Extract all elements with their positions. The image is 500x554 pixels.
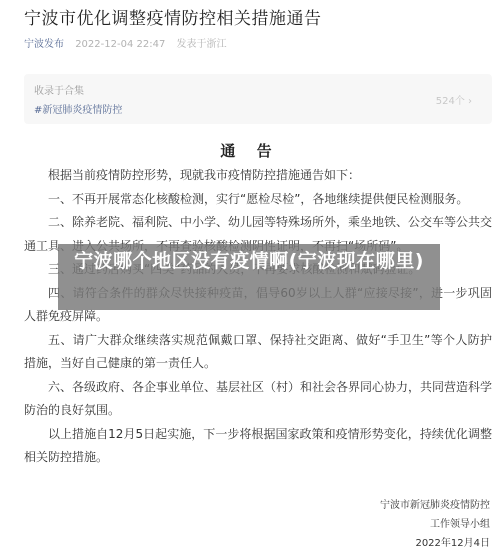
notice-body: 根据当前疫情防控形势，现就我市疫情防控措施通告如下： 一、不再开展常态化核酸检测… — [24, 164, 492, 470]
collection-label: 收录于合集 — [34, 82, 84, 97]
collection-tag-link[interactable]: #新冠肺炎疫情防控 — [34, 101, 122, 116]
notice-signature: 宁波市新冠肺炎疫情防控 工作领导小组 2022年12月4日 — [380, 496, 490, 553]
signature-org-line2: 工作领导小组 — [380, 515, 490, 534]
signature-date: 2022年12月4日 — [380, 534, 490, 553]
notice-paragraph: 五、请广大群众继续落实规范佩戴口罩、保持社交距离、做好“手卫生”等个人防护措施，… — [24, 329, 492, 376]
publish-location: 发表于浙江 — [177, 39, 227, 50]
overlay-caption-banner: 宁波哪个地区没有疫情啊(宁波现在哪里) — [58, 244, 440, 310]
article-title: 宁波市优化调整疫情防控相关措施通告 — [24, 8, 322, 30]
publish-time: 2022-12-04 22:47 — [75, 39, 165, 50]
notice-paragraph: 六、各级政府、各企事业单位、基层社区（村）和社会各界同心协力，共同营造科学防治的… — [24, 376, 492, 423]
article-meta: 宁波发布 2022-12-04 22:47 发表于浙江 — [24, 38, 227, 52]
notice-heading: 通 告 — [0, 140, 500, 161]
collection-card[interactable]: 收录于合集 #新冠肺炎疫情防控 524个 › — [24, 74, 492, 124]
signature-org-line1: 宁波市新冠肺炎疫情防控 — [380, 496, 490, 515]
overlay-caption-text: 宁波哪个地区没有疫情啊(宁波现在哪里) — [58, 248, 440, 274]
notice-paragraph: 一、不再开展常态化核酸检测，实行“愿检尽检”，各地继续提供便民检测服务。 — [24, 188, 492, 212]
notice-paragraph: 以上措施自12月5日起实施，下一步将根据国家政策和疫情形势变化，持续优化调整相关… — [24, 423, 492, 470]
author-link[interactable]: 宁波发布 — [24, 39, 64, 50]
collection-count[interactable]: 524个 › — [436, 92, 472, 107]
notice-paragraph: 根据当前疫情防控形势，现就我市疫情防控措施通告如下： — [24, 164, 492, 188]
